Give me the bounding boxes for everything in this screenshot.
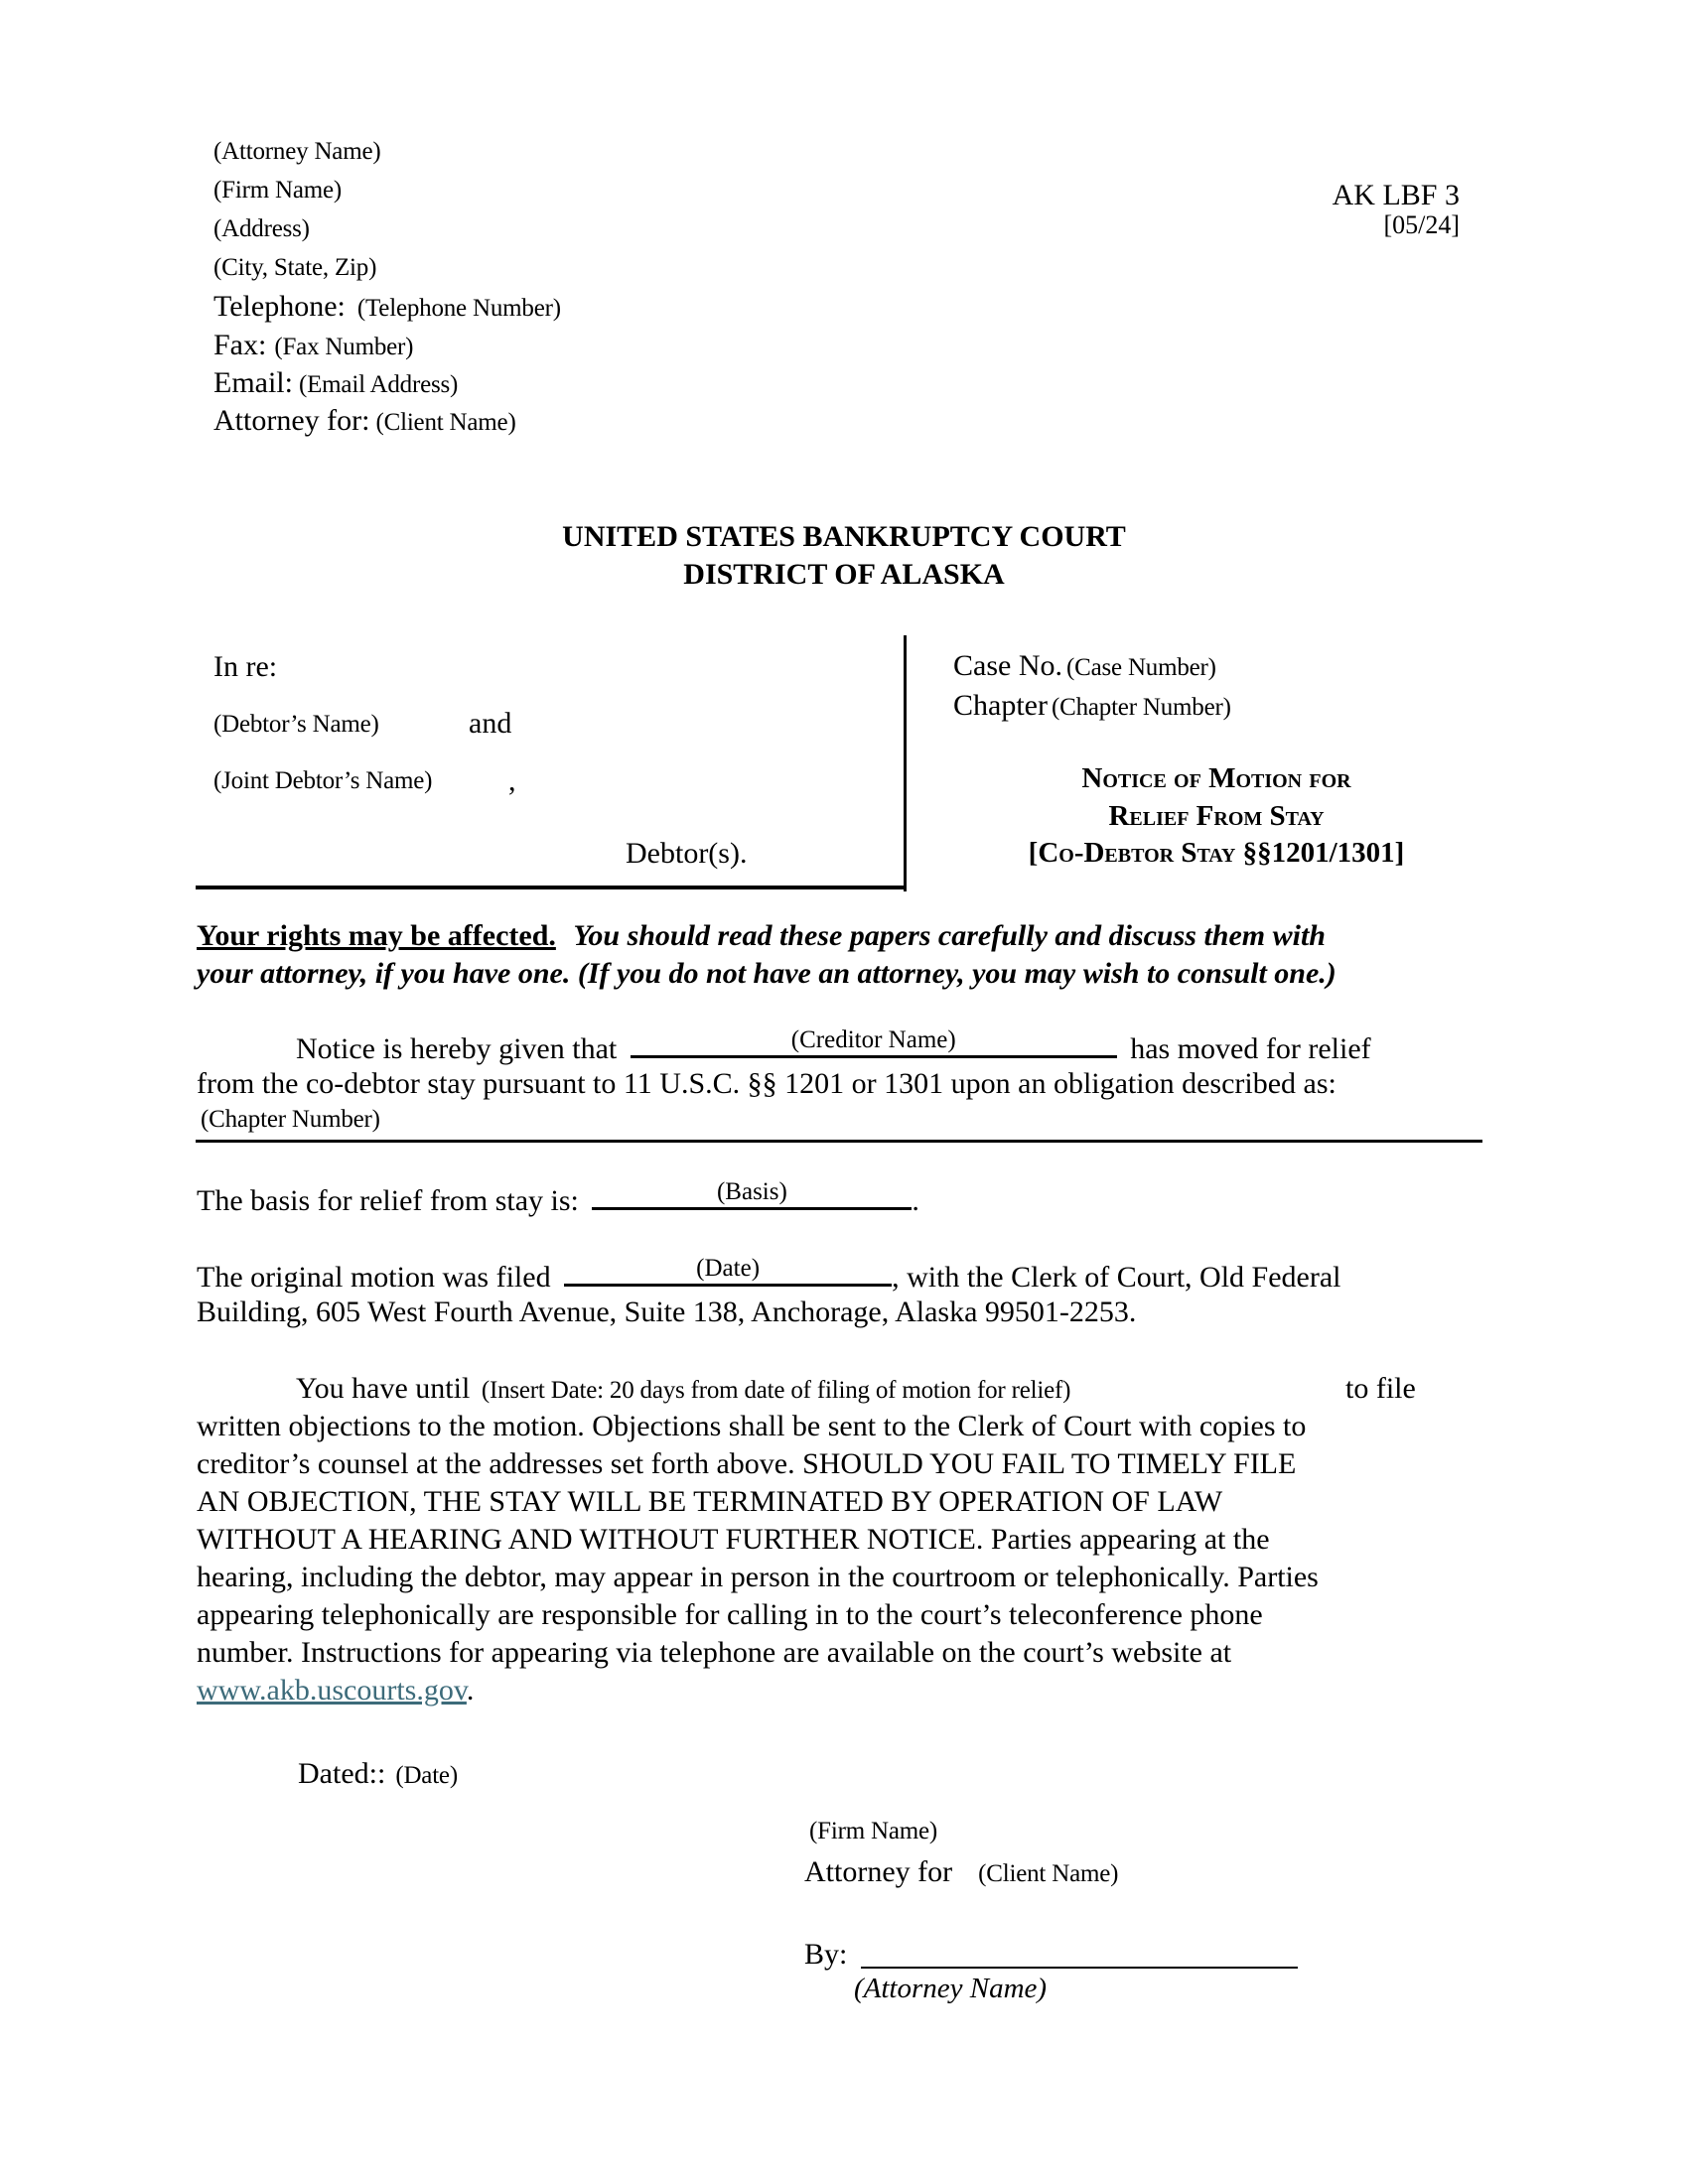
- court-website-line: www.akb.uscourts.gov.: [197, 1672, 474, 1709]
- objection-suffix: to file: [1345, 1370, 1416, 1408]
- telephone-field[interactable]: (Telephone Number): [357, 295, 561, 322]
- objection-line: AN OBJECTION, THE STAY WILL BE TERMINATE…: [197, 1483, 1222, 1521]
- telephone-row: Telephone: (Telephone Number): [213, 290, 561, 324]
- objection-line: creditor’s counsel at the addresses set …: [197, 1445, 1296, 1483]
- notice-prefix: Notice is hereby given that: [296, 1032, 617, 1065]
- rights-advice-line2: your attorney, if you have one. (If you …: [197, 955, 1336, 993]
- court-name: UNITED STATES BANKRUPTCY COURT: [0, 520, 1688, 554]
- obligation-field[interactable]: (Chapter Number): [201, 1106, 380, 1134]
- debtor-name-field[interactable]: (Debtor’s Name): [213, 711, 379, 739]
- comma-label: ,: [508, 764, 516, 798]
- document-title-line1: Notice of Motion for: [953, 762, 1479, 795]
- attorney-for-label: Attorney for:: [213, 404, 369, 437]
- rights-warning: Your rights may be affected.: [197, 919, 556, 952]
- link-period: .: [467, 1674, 475, 1706]
- objection-line1: You have until (Insert Date: 20 days fro…: [296, 1370, 1070, 1410]
- notice-suffix: has moved for relief: [1130, 1032, 1370, 1065]
- signature-line[interactable]: [861, 1967, 1298, 1969]
- city-state-zip-field[interactable]: (City, State, Zip): [213, 254, 376, 282]
- signature-attorney-for-row: Attorney for (Client Name): [804, 1855, 1118, 1889]
- objection-line: hearing, including the debtor, may appea…: [197, 1559, 1319, 1596]
- signature-attorney-name: (Attorney Name): [854, 1973, 1047, 2005]
- in-re-label: In re:: [213, 650, 277, 684]
- form-id-block: AK LBF 3 [05/24]: [1333, 179, 1460, 240]
- court-website-link[interactable]: www.akb.uscourts.gov: [197, 1674, 467, 1706]
- case-no-label: Case No.: [953, 649, 1062, 682]
- email-field[interactable]: (Email Address): [299, 371, 458, 398]
- filed-label: The original motion was filed: [197, 1261, 551, 1294]
- rights-notice-line1: Your rights may be affected. You should …: [197, 917, 1326, 955]
- rights-advice-line1: You should read these papers carefully a…: [573, 919, 1326, 952]
- obligation-rule: [196, 1140, 1482, 1143]
- signature-attorney-for-label: Attorney for: [804, 1855, 952, 1888]
- fax-field[interactable]: (Fax Number): [274, 334, 413, 360]
- firm-name-field[interactable]: (Firm Name): [213, 177, 342, 205]
- joint-debtor-name-field[interactable]: (Joint Debtor’s Name): [213, 767, 432, 795]
- case-number-row: Case No. (Case Number): [953, 649, 1216, 683]
- objection-line: appearing telephonically are responsible…: [197, 1596, 1263, 1634]
- signature-client-name-field[interactable]: (Client Name): [978, 1860, 1118, 1887]
- debtors-label: Debtor(s).: [626, 837, 747, 871]
- filed-suffix: , with the Clerk of Court, Old Federal: [892, 1261, 1340, 1294]
- signature-firm-name-field[interactable]: (Firm Name): [809, 1818, 937, 1845]
- basis-placeholder: (Basis): [592, 1173, 912, 1211]
- filed-line2: Building, 605 West Fourth Avenue, Suite …: [197, 1294, 1136, 1331]
- creditor-name-placeholder: (Creditor Name): [631, 1022, 1117, 1059]
- basis-period: .: [912, 1184, 919, 1217]
- objection-line: WITHOUT A HEARING AND WITHOUT FURTHER NO…: [197, 1521, 1270, 1559]
- basis-line: The basis for relief from stay is: (Basi…: [197, 1179, 919, 1220]
- dated-label: Dated::: [298, 1757, 385, 1790]
- fax-label: Fax:: [213, 329, 266, 361]
- document-title-line2: Relief From Stay: [953, 800, 1479, 833]
- email-row: Email: (Email Address): [213, 366, 458, 400]
- chapter-label: Chapter: [953, 689, 1048, 722]
- case-number-field[interactable]: (Case Number): [1066, 654, 1216, 681]
- basis-label: The basis for relief from stay is:: [197, 1184, 579, 1217]
- attorney-name-field[interactable]: (Attorney Name): [213, 138, 380, 166]
- form-revision: [05/24]: [1333, 210, 1460, 240]
- caption-bottom-rule: [196, 886, 907, 889]
- address-field[interactable]: (Address): [213, 215, 310, 243]
- chapter-row: Chapter (Chapter Number): [953, 689, 1231, 723]
- objection-line: number. Instructions for appearing via t…: [197, 1634, 1231, 1672]
- dated-row: Dated:: (Date): [298, 1757, 458, 1791]
- notice-line1: Notice is hereby given that (Creditor Na…: [296, 1027, 1371, 1068]
- basis-field[interactable]: (Basis): [592, 1179, 912, 1210]
- chapter-number-field[interactable]: (Chapter Number): [1052, 694, 1231, 721]
- filed-line1: The original motion was filed (Date), wi…: [197, 1256, 1341, 1297]
- caption-vertical-rule: [904, 635, 907, 891]
- telephone-label: Telephone:: [213, 290, 346, 323]
- notice-line2: from the co-debtor stay pursuant to 11 U…: [197, 1065, 1336, 1103]
- objection-prefix: You have until: [296, 1372, 470, 1405]
- client-name-field[interactable]: (Client Name): [375, 409, 515, 436]
- objection-deadline-field[interactable]: (Insert Date: 20 days from date of filin…: [482, 1377, 1070, 1404]
- by-label: By:: [804, 1938, 847, 1972]
- court-district: DISTRICT OF ALASKA: [0, 558, 1688, 592]
- email-label: Email:: [213, 366, 293, 399]
- form-code: AK LBF 3: [1333, 179, 1460, 212]
- document-title-line3: [Co-Debtor Stay §§1201/1301]: [953, 837, 1479, 870]
- filed-date-placeholder: (Date): [564, 1250, 892, 1288]
- attorney-for-row: Attorney for: (Client Name): [213, 404, 516, 438]
- fax-row: Fax: (Fax Number): [213, 329, 413, 362]
- creditor-name-field[interactable]: (Creditor Name): [631, 1027, 1117, 1058]
- filed-date-field[interactable]: (Date): [564, 1256, 892, 1287]
- objection-line: written objections to the motion. Object…: [197, 1408, 1306, 1445]
- dated-field[interactable]: (Date): [395, 1762, 458, 1789]
- and-label: and: [469, 707, 511, 741]
